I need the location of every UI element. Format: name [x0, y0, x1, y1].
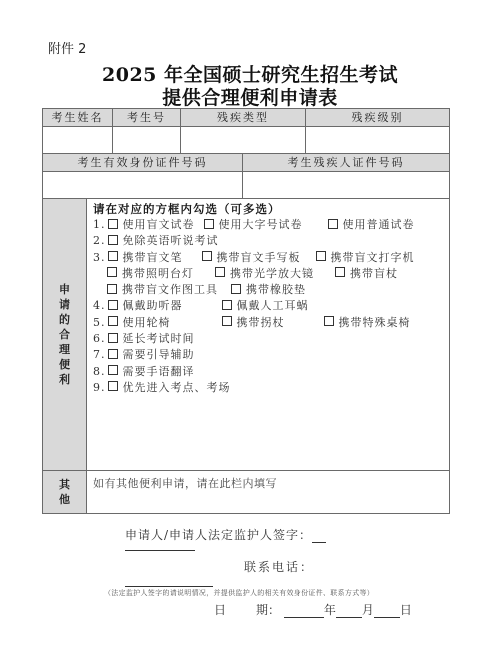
option-braille-writing-board[interactable]: 携带盲文手写板	[200, 250, 314, 266]
option-hearing-aid[interactable]: 佩戴助听器	[106, 298, 220, 314]
checkbox-icon[interactable]	[222, 316, 232, 326]
option-line-3b: 携带照明台灯携带光学放大镜携带盲杖	[93, 266, 449, 282]
checkbox-icon[interactable]	[316, 251, 326, 261]
other-requests-field[interactable]: 如有其他便利申请，请在此栏内填写	[87, 471, 450, 514]
option-crutches[interactable]: 携带拐杖	[220, 315, 322, 331]
option-regular-paper[interactable]: 使用普通试卷	[326, 217, 415, 233]
option-braille-typewriter[interactable]: 携带盲文打字机	[314, 250, 415, 266]
instruction-text: 请在对应的方框内勾选（可多选）	[93, 202, 449, 217]
header-disability-cert-number: 考生残疾人证件号码	[243, 154, 450, 172]
checkbox-icon[interactable]	[107, 267, 117, 277]
option-rubber-mat[interactable]: 携带橡胶垫	[229, 282, 306, 298]
option-line-8: 8.需要手语翻译	[93, 364, 449, 380]
checkbox-icon[interactable]	[108, 316, 118, 326]
checkbox-icon[interactable]	[108, 365, 118, 375]
attachment-label: 附件 2	[48, 38, 86, 57]
disability-cert-number-field[interactable]	[243, 172, 450, 199]
phone-label: 联系电话：	[244, 558, 314, 575]
checkbox-icon[interactable]	[108, 349, 118, 359]
option-guide-assistance[interactable]: 需要引导辅助	[106, 347, 195, 363]
checkbox-icon[interactable]	[108, 333, 118, 343]
checkbox-icon[interactable]	[108, 219, 118, 229]
option-braille-drawing-tools[interactable]: 携带盲文作图工具	[105, 282, 229, 298]
option-priority-entry[interactable]: 优先进入考点、考场	[106, 380, 231, 396]
header-disability-type: 残疾类型	[181, 109, 306, 127]
option-line-4: 4.佩戴助听器佩戴人工耳蜗	[93, 298, 449, 314]
option-line-5: 5.使用轮椅携带拐杖携带特殊桌椅	[93, 315, 449, 331]
option-exempt-english-listening[interactable]: 免除英语听说考试	[106, 233, 219, 249]
signature-label: 申请人/申请人法定监护人签字：	[125, 528, 312, 542]
option-white-cane[interactable]: 携带盲杖	[333, 266, 398, 282]
checkbox-icon[interactable]	[215, 267, 225, 277]
checkbox-icon[interactable]	[335, 267, 345, 277]
signature-field-continued[interactable]	[125, 550, 195, 551]
candidate-number-field[interactable]	[113, 127, 181, 154]
option-wheelchair[interactable]: 使用轮椅	[106, 315, 220, 331]
day-field[interactable]	[374, 603, 400, 618]
option-line-6: 6.延长考试时间	[93, 331, 449, 347]
other-side-label: 其 他	[43, 471, 87, 514]
convenience-side-label: 申 请 的 合 理 便 利	[43, 199, 87, 471]
name-field[interactable]	[43, 127, 113, 154]
id-number-field[interactable]	[43, 172, 243, 199]
option-line-3: 3.携带盲文笔携带盲文手写板携带盲文打字机	[93, 250, 449, 266]
option-line-1: 1.使用盲文试卷使用大字号试卷使用普通试卷	[93, 217, 449, 233]
guardian-note: （法定监护人签字的请说明情况，并提供监护人的相关有效身份证件、联系方式等）	[104, 588, 374, 598]
signature-field[interactable]	[312, 528, 326, 543]
checkbox-icon[interactable]	[324, 316, 334, 326]
header-disability-level: 残疾级别	[306, 109, 450, 127]
checkbox-icon[interactable]	[107, 284, 117, 294]
checkbox-icon[interactable]	[202, 251, 212, 261]
checkbox-icon[interactable]	[108, 381, 118, 391]
option-desk-lamp[interactable]: 携带照明台灯	[105, 266, 213, 282]
disability-type-field[interactable]	[181, 127, 306, 154]
checkbox-icon[interactable]	[222, 300, 232, 310]
checkbox-icon[interactable]	[108, 251, 118, 261]
checkbox-icon[interactable]	[231, 284, 241, 294]
option-braille-paper[interactable]: 使用盲文试卷	[106, 217, 202, 233]
phone-field[interactable]	[125, 586, 213, 587]
option-line-3c: 携带盲文作图工具携带橡胶垫	[93, 282, 449, 298]
option-line-7: 7.需要引导辅助	[93, 347, 449, 363]
page-subtitle: 提供合理便利申请表	[0, 83, 500, 110]
header-name: 考生姓名	[43, 109, 113, 127]
option-sign-language[interactable]: 需要手语翻译	[106, 364, 195, 380]
checkbox-icon[interactable]	[328, 219, 338, 229]
option-extended-time[interactable]: 延长考试时间	[106, 331, 195, 347]
option-large-print-paper[interactable]: 使用大字号试卷	[202, 217, 326, 233]
year-field[interactable]	[284, 603, 324, 618]
option-line-9: 9.优先进入考点、考场	[93, 380, 449, 396]
checkbox-icon[interactable]	[204, 219, 214, 229]
header-candidate-number: 考生号	[113, 109, 181, 127]
month-field[interactable]	[336, 603, 362, 618]
checkbox-icon[interactable]	[108, 300, 118, 310]
convenience-options: 请在对应的方框内勾选（可多选） 1.使用盲文试卷使用大字号试卷使用普通试卷 2.…	[87, 199, 450, 471]
application-form-table: 考生姓名 考生号 残疾类型 残疾级别 考生有效身份证件号码 考生残疾人证件号码 …	[42, 108, 450, 514]
checkbox-icon[interactable]	[108, 235, 118, 245]
option-special-desk-chair[interactable]: 携带特殊桌椅	[322, 315, 411, 331]
option-braille-pen[interactable]: 携带盲文笔	[106, 250, 200, 266]
signature-row: 申请人/申请人法定监护人签字：	[125, 526, 326, 543]
option-magnifier[interactable]: 携带光学放大镜	[213, 266, 333, 282]
disability-level-field[interactable]	[306, 127, 450, 154]
option-cochlear-implant[interactable]: 佩戴人工耳蜗	[220, 298, 309, 314]
header-id-number: 考生有效身份证件号码	[43, 154, 243, 172]
option-line-2: 2.免除英语听说考试	[93, 233, 449, 249]
date-row: 日期： 年 月 日	[214, 601, 412, 618]
